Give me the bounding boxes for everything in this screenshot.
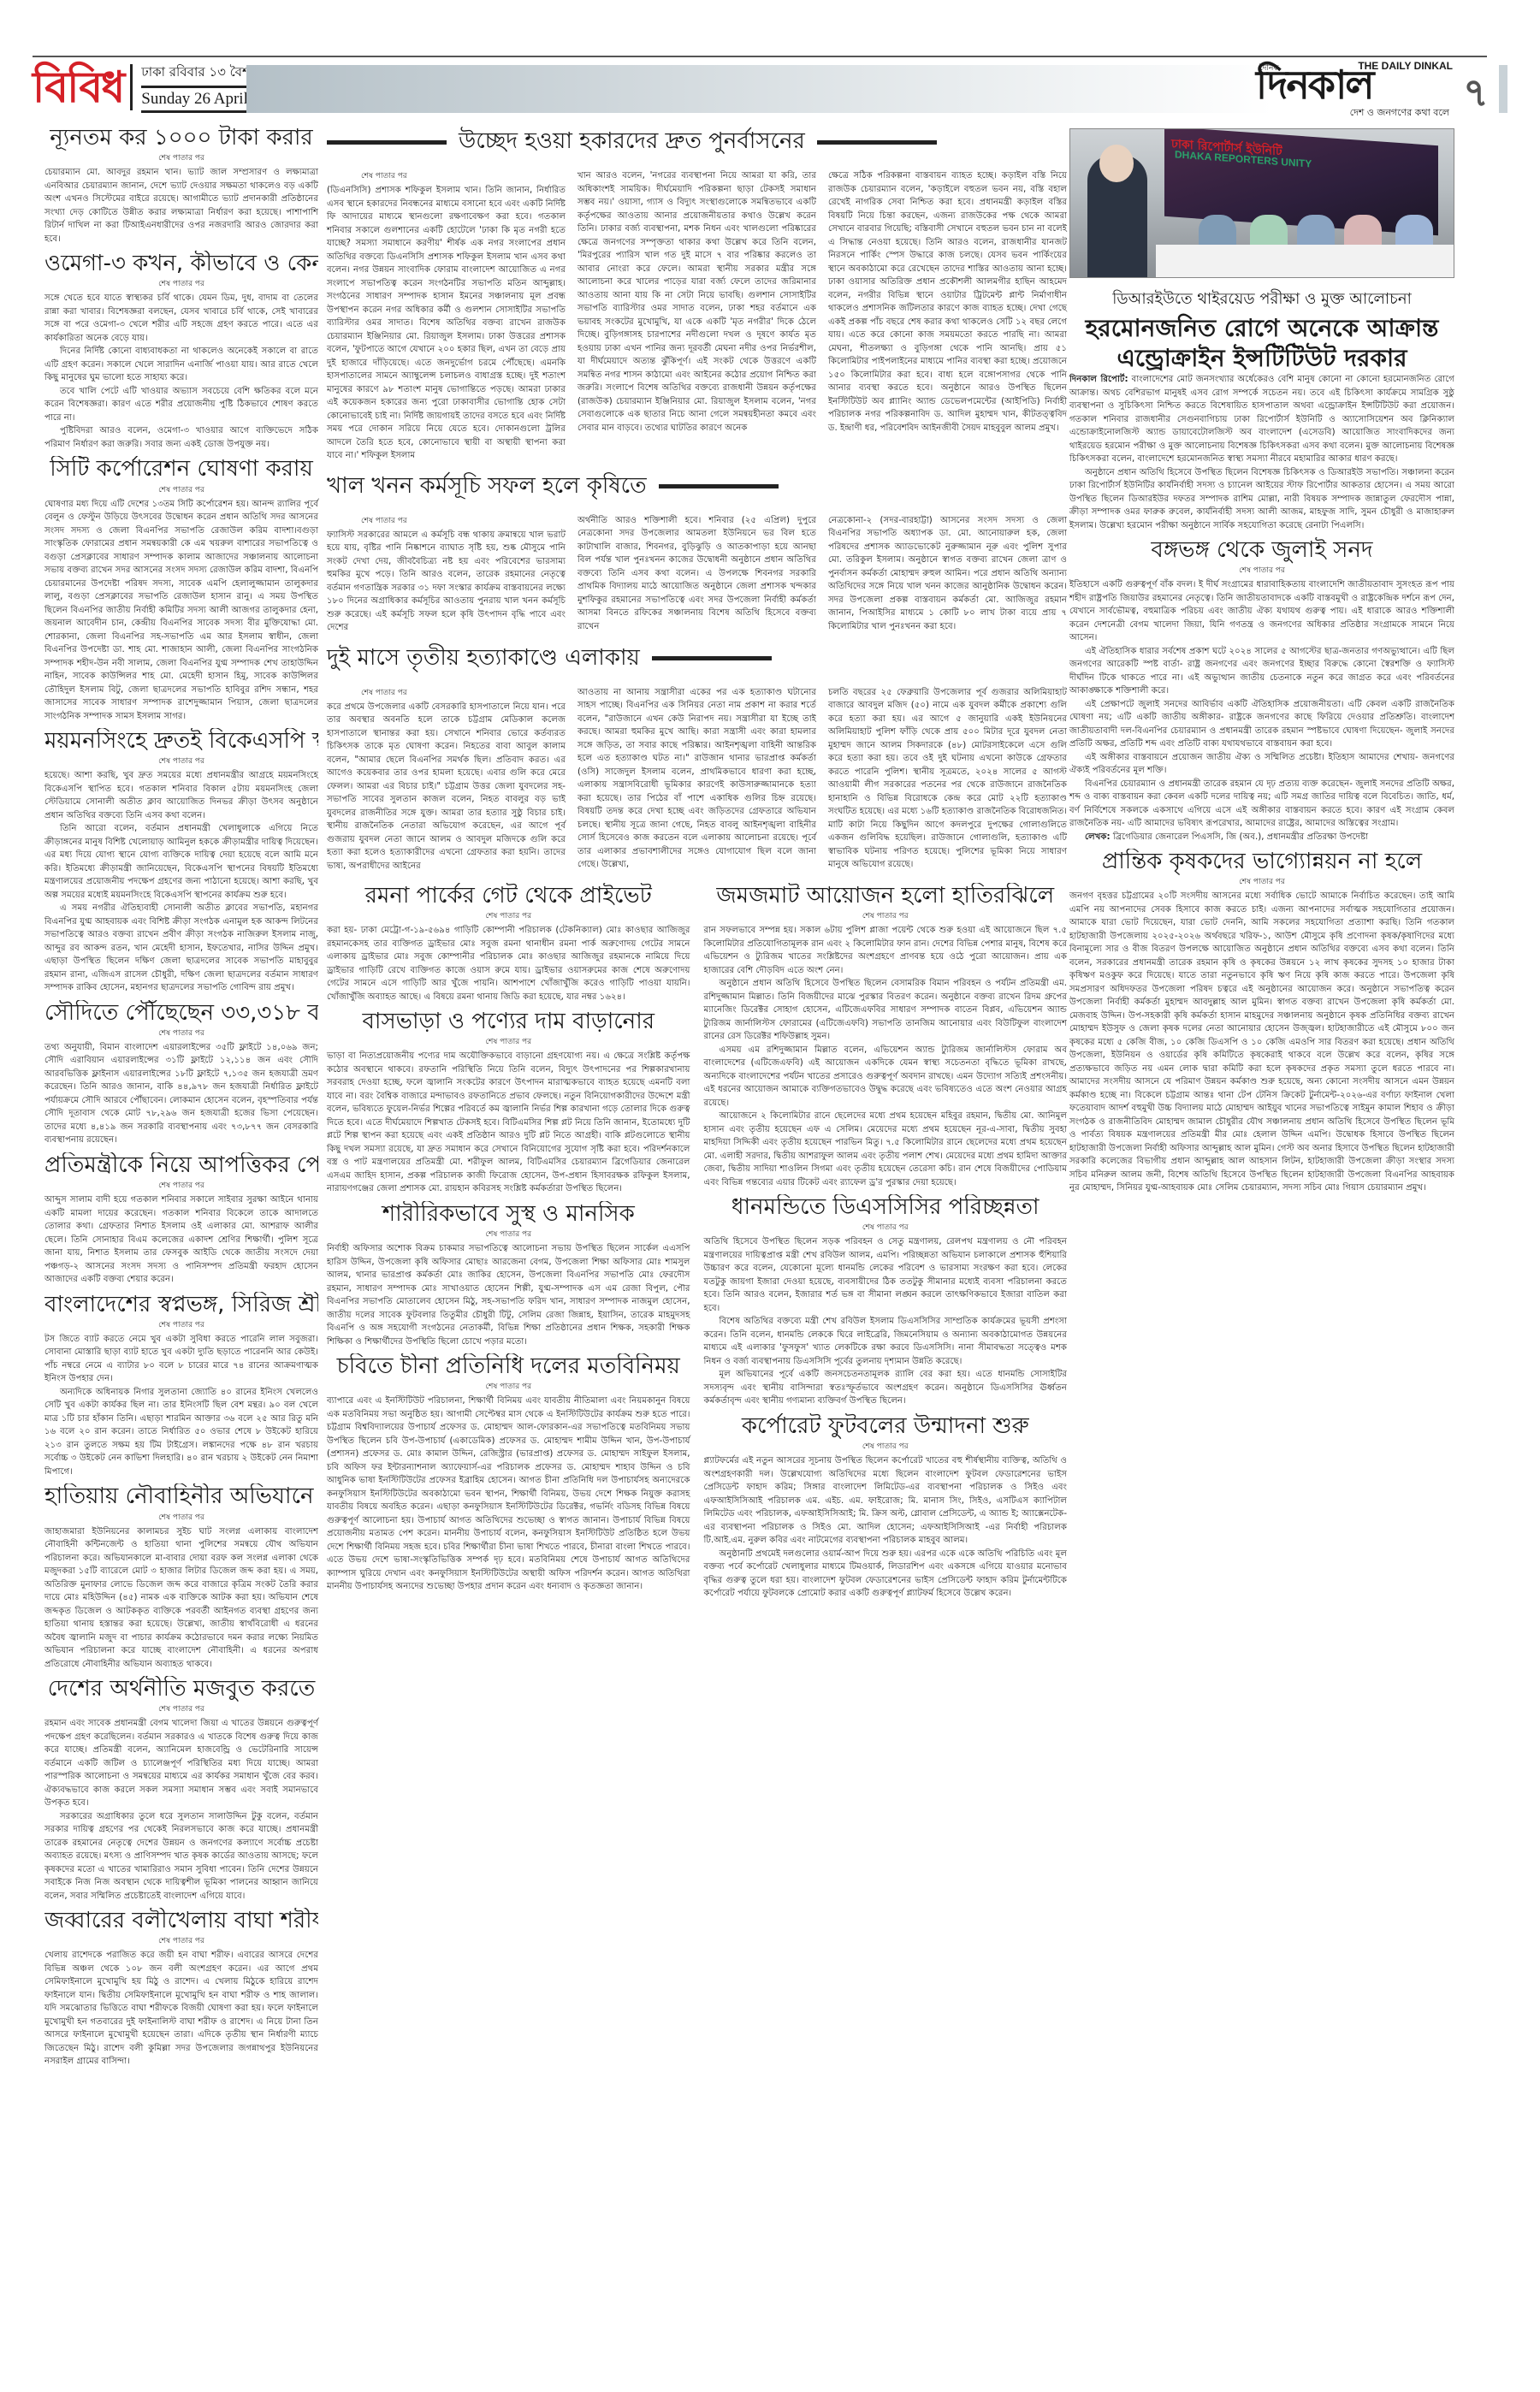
headline[interactable]: দুই মাসে তৃতীয় হত্যাকাণ্ডে এলাকায়: [327, 640, 640, 678]
paragraph: ব্যাপারে এবং এ ইনস্টিটিউট পরিচালনা, শিক্…: [327, 1394, 690, 1594]
event-photo[interactable]: ঢাকা রিপোর্টার্স ইউনিটি DHAKA REPORTERS …: [1069, 128, 1454, 278]
left-column: ন্যূনতম কর ১০০০ টাকা করারশেষ পাতার পরচেয…: [44, 120, 318, 2074]
story: হাতিয়ায় নৌবাহিনীর অভিযানে মজুদকৃতশেষ প…: [44, 1483, 318, 1671]
paragraph: নির্বাহী অফিসার অশোক বিক্রম চাকমার সভাপত…: [327, 1242, 690, 1348]
middle-area: উচ্ছেদ হওয়া হকারদের দ্রুত পুনর্বাসনের শ…: [327, 120, 1067, 1606]
story-body: চেয়ারম্যান মো. আবদুর রহমান খান। ভ্যাট জ…: [44, 166, 318, 246]
headline[interactable]: বাংলাদেশের স্বপ্নভঙ্গ, সিরিজ শ্রীলঙ্কার: [44, 1292, 318, 1318]
paragraph: তিনি আরো বলেন, বর্তমান প্রধানমন্ত্রী খেল…: [44, 822, 318, 902]
headline[interactable]: শারীরিকভাবে সুস্থ ও মানসিক: [327, 1201, 690, 1228]
headline[interactable]: সিটি কর্পোরেশন ঘোষণা করায়: [44, 456, 318, 483]
continued-label: শেষ পাতার পর: [327, 1228, 690, 1240]
story: সিটি কর্পোরেশন ঘোষণা করায়শেষ পাতার পরঘো…: [44, 456, 318, 723]
continued-label: শেষ পাতার পর: [327, 514, 566, 527]
paragraph: চেয়ারম্যান মো. আবদুর রহমান খান। ভ্যাট জ…: [44, 166, 318, 246]
paragraph: আয়োজনে ২ কিলোমিটার রানে ছেলেদের মধ্যে প…: [704, 1110, 1068, 1189]
story-body: তথ্য অনুযায়ী, বিমান বাংলাদেশ এয়ারলাইন্…: [44, 1041, 318, 1147]
feature-headline-1[interactable]: হরমোনজনিত রোগে অনেকে আক্রান্ত: [1069, 313, 1454, 343]
continued-label: শেষ পাতার পর: [44, 1511, 318, 1524]
story-text: ফ্যাসিস্ট সরকারের আমলে এ কর্মসূচি বন্ধ থ…: [327, 529, 566, 635]
story-body: ভাড়া বা নিত্যপ্রয়োজনীয় পণ্যের দাম অযৌ…: [327, 1050, 690, 1196]
section-name: বিবিধ: [33, 66, 123, 109]
story-canal: খাল খনন কর্মসূচি সফল হলে কৃষিতে শেষ পাতা…: [327, 468, 1067, 635]
story: রমনা পার্কের গেট থেকে প্রাইভেটশেষ পাতার …: [327, 883, 690, 1004]
continued-label: শেষ পাতার পর: [1069, 875, 1454, 888]
column: খান আরও বলেন, 'নগরের ব্যবস্থাপনা নিয়ে আ…: [577, 169, 816, 463]
logo-tagline: দেশ ও জনগণের কথা বলে: [1350, 105, 1449, 121]
two-column-stories: রমনা পার্কের গেট থেকে প্রাইভেটশেষ পাতার …: [327, 878, 1067, 1606]
story: জমজমাট আয়োজন হলো হাতিরঝিলেশেষ পাতার পরর…: [704, 883, 1068, 1189]
story: ওমেগা-৩ কখন, কীভাবে ও কেনশেষ পাতার পরসঙ্…: [44, 251, 318, 451]
paragraph: অনুষ্ঠানটি প্রথমেই দলগুলোর ওয়ার্ম-আপ দি…: [704, 1548, 1068, 1601]
continued-label: শেষ পাতার পর: [327, 909, 690, 922]
story-body: খেলায় রাশেদকে পরাজিত করে জয়ী হন বাঘা শ…: [44, 1949, 318, 2069]
story-text: খান আরও বলেন, 'নগরের ব্যবস্থাপনা নিয়ে আ…: [577, 169, 816, 435]
story-body: জাহাজমারা ইউনিয়নের কালামচর সুইচ ঘাট সংল…: [44, 1525, 318, 1672]
story-body: জনগণ বৃহত্তর চট্টগ্রামের ২০টি সংসদীয় আস…: [1069, 890, 1454, 1195]
paragraph: জাহাজমারা ইউনিয়নের কালামচর সুইচ ঘাট সংল…: [44, 1525, 318, 1672]
right-column: ঢাকা রিপোর্টার্স ইউনিটি DHAKA REPORTERS …: [1069, 128, 1454, 1200]
headline[interactable]: প্রতিমন্ত্রীকে নিয়ে আপত্তিকর পোস্ট: [44, 1152, 318, 1179]
continued-label: শেষ পাতার পর: [44, 277, 318, 290]
column: নেত্রকোনা-২ (সদর-বারহাট্টা) আসনের সংসদ স…: [828, 514, 1067, 635]
newspaper-page: বিবিধ ঢাকা রবিবার ১৩ বৈশাখ ১৪৩৩ Sunday 2…: [0, 0, 1540, 2392]
continued-label: শেষ পাতার পর: [704, 909, 1068, 922]
headline[interactable]: রমনা পার্কের গেট থেকে প্রাইভেট: [327, 883, 690, 909]
paragraph: হয়েছে। আশা করছি, খুব দ্রুত সময়ের মধ্যে…: [44, 769, 318, 822]
continued-label: শেষ পাতার পর: [327, 1035, 690, 1048]
paragraph: সরকারের অগ্রাধিকার তুলে ধরে সুলতান সালাউ…: [44, 1810, 318, 1904]
page-number-band: [1499, 65, 1507, 113]
story-body: টস জিতে ব্যাট করতে নেমে খুব একটা সুবিধা …: [44, 1333, 318, 1479]
story: বঙ্গভঙ্গ থেকে জুলাই সনদশেষ পাতার পরইতিহা…: [1069, 537, 1454, 844]
story-body: হয়েছে। আশা করছি, খুব দ্রুত সময়ের মধ্যে…: [44, 769, 318, 995]
paragraph: প্ল্যাটফর্মের এই নতুন আসরের সূচনায় উপস্…: [704, 1454, 1068, 1548]
story-body: ইতিহাসে একটি গুরুত্বপূর্ণ বাঁক বদল। ই দী…: [1069, 578, 1454, 844]
paragraph: ভাড়া বা নিত্যপ্রয়োজনীয় পণ্যের দাম অযৌ…: [327, 1050, 690, 1196]
paragraph: ইতিহাসে একটি গুরুত্বপূর্ণ বাঁক বদল। ই দী…: [1069, 578, 1454, 645]
headline[interactable]: ন্যূনতম কর ১০০০ টাকা করার: [44, 125, 318, 151]
headline[interactable]: বঙ্গভঙ্গ থেকে জুলাই সনদ: [1069, 537, 1454, 564]
story-body: অতিথি হিসেবে উপস্থিত ছিলেন সড়ক পরিবহন ও…: [704, 1235, 1068, 1408]
story-body: ব্যাপারে এবং এ ইনস্টিটিউট পরিচালনা, শিক্…: [327, 1394, 690, 1594]
paragraph: এই অঙ্গীকার বাস্তবায়নে প্রয়োজন জাতীয় …: [1069, 751, 1454, 778]
headline[interactable]: বাসভাড়া ও পণ্যের দাম বাড়ানোর: [327, 1009, 690, 1035]
three-column-body: শেষ পাতার পরফ্যাসিস্ট সরকারের আমলে এ কর্…: [327, 514, 1067, 635]
story-hawkers: উচ্ছেদ হওয়া হকারদের দ্রুত পুনর্বাসনের শ…: [327, 123, 1067, 463]
page-number: ৭: [1463, 63, 1489, 128]
continued-label: শেষ পাতার পর: [1069, 564, 1454, 577]
paragraph: দিনের নির্দিষ্ট কোনো বাধ্যবাধকতা না থাকল…: [44, 345, 318, 385]
headline[interactable]: খাল খনন কর্মসূচি সফল হলে কৃষিতে: [327, 468, 647, 506]
story-body: সঙ্গে খেতে হবে যাতে স্বাস্থ্যকর চর্বি থা…: [44, 292, 318, 451]
continued-label: শেষ পাতার পর: [327, 169, 566, 182]
paragraph: অনুষ্ঠানে প্রধান অতিথি হিসেবে উপস্থিত ছি…: [704, 977, 1068, 1044]
headline-rule: [327, 140, 447, 145]
date-box: ঢাকা রবিবার ১৩ বৈশাখ ১৪৩৩ Sunday 26 Apri…: [141, 62, 263, 113]
story-text: নেত্রকোনা-২ (সদর-বারহাট্টা) আসনের সংসদ স…: [828, 514, 1067, 634]
continued-label: শেষ পাতার পর: [44, 483, 318, 496]
story: বাসভাড়া ও পণ্যের দাম বাড়ানোরশেষ পাতার …: [327, 1009, 690, 1196]
headline-rule: [817, 140, 937, 145]
headline[interactable]: দেশের অর্থনীতি মজবুত করতে: [44, 1676, 318, 1702]
paragraph: এই ঐতিহাসিক ধারার সর্বশেষ প্রকাশ ঘটে ২০২…: [1069, 645, 1454, 698]
feature-kicker: ডিআরইউতে থাইরয়েড পরীক্ষা ও মুক্ত আলোচনা: [1069, 287, 1454, 313]
newspaper-logo[interactable]: দৈনিক THE DAILY DINKAL দিনকাল দেশ ও জনগণ…: [1259, 58, 1456, 116]
three-column-body: শেষ পাতার পরকরে প্রথমে উপজেলার একটি বেসর…: [327, 686, 1067, 873]
paragraph: রান সফলভাবে সম্পন্ন হয়। সকাল ৬টায় পুলি…: [704, 924, 1068, 977]
story-body: প্ল্যাটফর্মের এই নতুন আসরের সূচনায় উপস্…: [704, 1454, 1068, 1601]
paragraph: রহমান এবং সাবেক প্রধানমন্ত্রী বেগম খালেদ…: [44, 1717, 318, 1810]
paragraph: জনগণ বৃহত্তর চট্টগ্রামের ২০টি সংসদীয় আস…: [1069, 890, 1454, 1195]
story: চবিতে চীনা প্রতিনিধি দলের মতবিনিময়শেষ প…: [327, 1353, 690, 1594]
sub-column-left: রমনা পার্কের গেট থেকে প্রাইভেটশেষ পাতার …: [327, 878, 690, 1606]
paragraph: অতিথি হিসেবে উপস্থিত ছিলেন সড়ক পরিবহন ও…: [704, 1235, 1068, 1315]
feature-headline-2[interactable]: এন্ড্রোক্রাইন ইন্সটিটিউট দরকার: [1069, 343, 1454, 373]
story: দেশের অর্থনীতি মজবুত করতেশেষ পাতার পররহম…: [44, 1676, 318, 1903]
header-gradient-band: [246, 65, 1273, 113]
feature-body: দিনকাল রিপোর্ট: বাংলাদেশের মোট জনসংখ্যার…: [1069, 373, 1454, 532]
paragraph: আব্দুস সালাম বাদী হয়ে গতকাল শনিবার সকাল…: [44, 1193, 318, 1287]
continued-label: শেষ পাতার পর: [44, 1702, 318, 1715]
story-text: ক্ষেত্রে সঠিক পরিকল্পনা বাস্তবায়ন ব্যাহ…: [828, 169, 1067, 435]
continued-label: শেষ পাতার পর: [44, 1179, 318, 1192]
headline-rule: [659, 484, 779, 488]
column: অর্থনীতি আরও শক্তিশালী হবে। শনিবার (২৫ এ…: [577, 514, 816, 635]
story-murder: দুই মাসে তৃতীয় হত্যাকাণ্ডে এলাকায় শেষ …: [327, 640, 1067, 873]
wide-headline: দুই মাসে তৃতীয় হত্যাকাণ্ডে এলাকায়: [327, 640, 1067, 678]
story: ধানমন্ডিতে ডিএসসিসির পরিচ্ছন্নতাশেষ পাতা…: [704, 1194, 1068, 1408]
paragraph: টস জিতে ব্যাট করতে নেমে খুব একটা সুবিধা …: [44, 1333, 318, 1386]
story-text: (ডিএনসিসি) প্রশাসক শফিকুল ইসলাম খান। তিন…: [327, 184, 566, 463]
paragraph: তথ্য অনুযায়ী, বিমান বাংলাদেশ এয়ারলাইন্…: [44, 1041, 318, 1147]
paragraph: করা হয়- ঢাকা মেট্রো-গ-১৯-৫৬৯৪ গাড়িটি ক…: [327, 924, 690, 1004]
byline: দিনকাল রিপোর্ট:: [1069, 375, 1128, 384]
headline[interactable]: ধানমন্ডিতে ডিএসসিসির পরিচ্ছন্নতা: [704, 1194, 1068, 1221]
paragraph: খেলায় রাশেদকে পরাজিত করে জয়ী হন বাঘা শ…: [44, 1949, 318, 2069]
story: প্রতিমন্ত্রীকে নিয়ে আপত্তিকর পোস্টশেষ প…: [44, 1152, 318, 1287]
story-body: রান সফলভাবে সম্পন্ন হয়। সকাল ৬টায় পুলি…: [704, 924, 1068, 1189]
right-stories: বঙ্গভঙ্গ থেকে জুলাই সনদশেষ পাতার পরইতিহা…: [1069, 537, 1454, 1195]
column: শেষ পাতার পরকরে প্রথমে উপজেলার একটি বেসর…: [327, 686, 566, 873]
continued-label: শেষ পাতার পর: [44, 1934, 318, 1947]
story-text: করে প্রথমে উপজেলার একটি বেসরকারি হাসপাতা…: [327, 701, 566, 873]
author-line: লেখক: ব্রিগেডিয়ার জেনারেল পিএসসি, জি (অ…: [1069, 831, 1454, 844]
headline[interactable]: চবিতে চীনা প্রতিনিধি দলের মতবিনিময়: [327, 1353, 690, 1380]
continued-label: শেষ পাতার পর: [44, 1318, 318, 1331]
story-text: চলতি বছরের ২৫ ফেব্রুয়ারি উপজেলার পূর্ব …: [828, 686, 1067, 872]
story-text: অর্থনীতি আরও শক্তিশালী হবে। শনিবার (২৫ এ…: [577, 514, 816, 634]
paragraph: এ সময় নগরীর ঐতিহ্যবাহী সোনালী অতীত ক্লা…: [44, 902, 318, 995]
author-name: ব্রিগেডিয়ার জেনারেল পিএসসি, জি (অব.), প…: [1113, 832, 1368, 842]
paragraph: তবে খালি পেটে এটি খাওয়ার অভ্যাস সবচেয়ে…: [44, 385, 318, 425]
story: সৌদিতে পৌঁছেছেন ৩৩,৩১৮ বাংলাদেশিশেষ পাতা…: [44, 1000, 318, 1147]
logo-main: দিনকাল: [1256, 65, 1373, 104]
headline[interactable]: হাতিয়ায় নৌবাহিনীর অভিযানে মজুদকৃত: [44, 1483, 318, 1510]
sub-column-right: জমজমাট আয়োজন হলো হাতিরঝিলেশেষ পাতার পরর…: [704, 878, 1068, 1606]
headline[interactable]: ওমেগা-৩ কখন, কীভাবে ও কেন: [44, 251, 318, 277]
paragraph: ঘোষণার মধ্য দিয়ে এটি দেশের ১৩তম সিটি কর…: [44, 498, 318, 724]
continued-label: শেষ পাতার পর: [44, 151, 318, 164]
story-body: ঘোষণার মধ্য দিয়ে এটি দেশের ১৩তম সিটি কর…: [44, 498, 318, 724]
date-english: Sunday 26 April 2026: [141, 88, 263, 113]
feature-paragraph: দিনকাল রিপোর্ট: বাংলাদেশের মোট জনসংখ্যার…: [1069, 373, 1454, 466]
story-text: আওতায় না আনায় সন্ত্রাসীরা একের পর এক হ…: [577, 686, 816, 872]
feature-paragraph: অনুষ্ঠানে প্রধান অতিথি হিসেবে উপস্থিত ছি…: [1069, 466, 1454, 533]
story: কর্পোরেট ফুটবলের উন্মাদনা শুরুশেষ পাতার …: [704, 1413, 1068, 1601]
paragraph: বিএনপির চেয়ারম্যান ও প্রধানমন্ত্রী তারে…: [1069, 778, 1454, 831]
column: আওতায় না আনায় সন্ত্রাসীরা একের পর এক হ…: [577, 686, 816, 873]
paragraph: এই প্রেক্ষাপটে জুলাই সনদের আবির্ভাব একটি…: [1069, 698, 1454, 751]
paragraph: সঙ্গে খেতে হবে যাতে স্বাস্থ্যকর চর্বি থা…: [44, 292, 318, 345]
paragraph: অন্যদিকে অধিনায়ক নিগার সুলতানা জ্যোতি ৪…: [44, 1386, 318, 1479]
headline[interactable]: প্রান্তিক কৃষকদের ভাগ্যোন্নয়ন না হলে: [1069, 849, 1454, 875]
headline[interactable]: ময়মনসিংহে দ্রুতই বিকেএসপি স্থাপন: [44, 728, 318, 755]
headline-rule: [652, 656, 772, 660]
story: প্রান্তিক কৃষকদের ভাগ্যোন্নয়ন না হলেশেষ…: [1069, 849, 1454, 1195]
panel-table: [1156, 245, 1454, 278]
headline[interactable]: সৌদিতে পৌঁছেছেন ৩৩,৩১৮ বাংলাদেশি: [44, 1000, 318, 1027]
speaker-head: [1099, 145, 1134, 182]
masthead-left: বিবিধ ঢাকা রবিবার ১৩ বৈশাখ ১৪৩৩ Sunday 2…: [33, 62, 263, 113]
continued-label: শেষ পাতার পর: [327, 686, 566, 699]
three-column-body: শেষ পাতার পর(ডিএনসিসি) প্রশাসক শফিকুল ইস…: [327, 169, 1067, 463]
wide-headline: উচ্ছেদ হওয়া হকারদের দ্রুত পুনর্বাসনের: [327, 123, 1067, 161]
date-bengali: ঢাকা রবিবার ১৩ বৈশাখ ১৪৩৩: [141, 62, 263, 88]
story-body: রহমান এবং সাবেক প্রধানমন্ত্রী বেগম খালেদ…: [44, 1717, 318, 1903]
continued-label: শেষ পাতার পর: [327, 1380, 690, 1393]
paragraph: মূল অভিযানের পূর্বে একটি জনসচেতনতামূলক র…: [704, 1368, 1068, 1408]
headline[interactable]: জমজমাট আয়োজন হলো হাতিরঝিলে: [704, 883, 1068, 909]
column: শেষ পাতার পরফ্যাসিস্ট সরকারের আমলে এ কর্…: [327, 514, 566, 635]
story: ময়মনসিংহে দ্রুতই বিকেএসপি স্থাপনশেষ পাত…: [44, 728, 318, 995]
continued-label: শেষ পাতার পর: [704, 1440, 1068, 1453]
top-rule: [33, 56, 1487, 57]
story-body: নির্বাহী অফিসার অশোক বিক্রম চাকমার সভাপত…: [327, 1242, 690, 1348]
column: শেষ পাতার পর(ডিএনসিসি) প্রশাসক শফিকুল ইস…: [327, 169, 566, 463]
story-body: আব্দুস সালাম বাদী হয়ে গতকাল শনিবার সকাল…: [44, 1193, 318, 1287]
continued-label: শেষ পাতার পর: [44, 1027, 318, 1039]
paragraph: এসময় এম রশিদুজ্জামান মিল্লাত বলেন, এভিয…: [704, 1044, 1068, 1110]
story: ন্যূনতম কর ১০০০ টাকা করারশেষ পাতার পরচেয…: [44, 125, 318, 246]
author-label: লেখক:: [1085, 832, 1111, 842]
headline[interactable]: উচ্ছেদ হওয়া হকারদের দ্রুত পুনর্বাসনের: [459, 123, 805, 161]
divider: [130, 64, 133, 110]
wide-headline: খাল খনন কর্মসূচি সফল হলে কৃষিতে: [327, 468, 1067, 506]
feature-text: বাংলাদেশের মোট জনসংখ্যার অর্ধেকেরও বেশি …: [1069, 375, 1454, 464]
story-body: করা হয়- ঢাকা মেট্রো-গ-১৯-৫৬৯৪ গাড়িটি ক…: [327, 924, 690, 1004]
continued-label: শেষ পাতার পর: [44, 755, 318, 767]
story: শারীরিকভাবে সুস্থ ও মানসিকশেষ পাতার পরনি…: [327, 1201, 690, 1348]
paragraph: পুষ্টিবিদরা আরও বলেন, ওমেগা-৩ খাওয়ার আগ…: [44, 424, 318, 451]
story: বাংলাদেশের স্বপ্নভঙ্গ, সিরিজ শ্রীলঙ্কারশ…: [44, 1292, 318, 1479]
column: চলতি বছরের ২৫ ফেব্রুয়ারি উপজেলার পূর্ব …: [828, 686, 1067, 873]
continued-label: শেষ পাতার পর: [704, 1221, 1068, 1234]
headline[interactable]: কর্পোরেট ফুটবলের উন্মাদনা শুরু: [704, 1413, 1068, 1440]
story: জব্বারের বলীখেলায় বাঘা শরীফ টানাশেষ পাত…: [44, 1908, 318, 2069]
paragraph: বিশেষ অতিথির বক্তব্যে মন্ত্রী শেখ রবিউল …: [704, 1315, 1068, 1368]
headline[interactable]: জব্বারের বলীখেলায় বাঘা শরীফ টানা: [44, 1908, 318, 1934]
column: ক্ষেত্রে সঠিক পরিকল্পনা বাস্তবায়ন ব্যাহ…: [828, 169, 1067, 463]
